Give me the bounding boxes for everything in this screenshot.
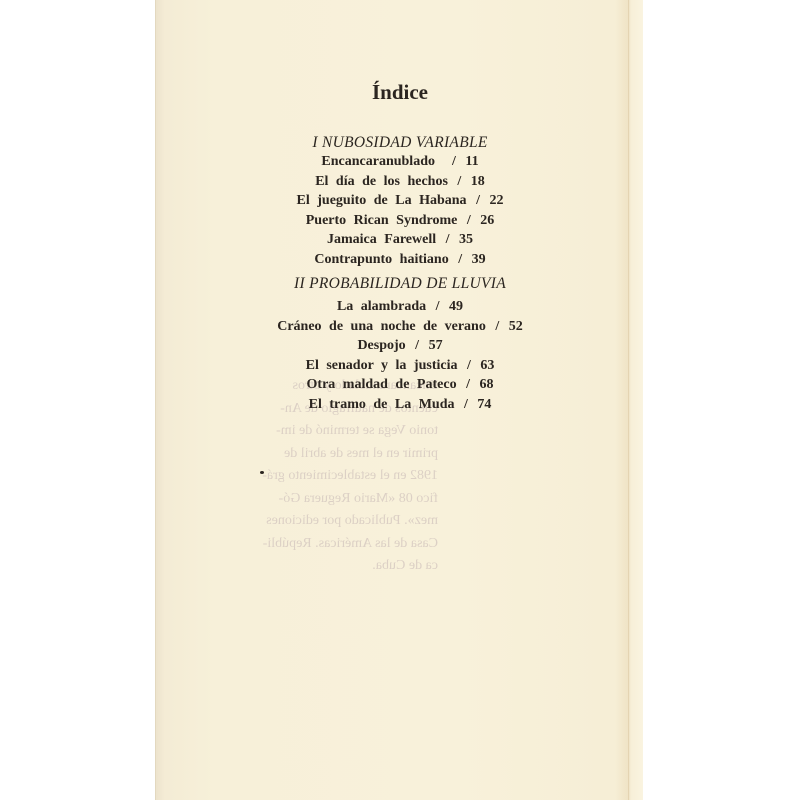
toc-entry: Encancaranublado / 11: [0, 152, 800, 172]
entry-title: Contrapunto haitiano: [314, 252, 448, 267]
section-1-entries: Encancaranublado / 11 El día de los hech…: [0, 152, 800, 269]
entry-title: El día de los hechos: [315, 174, 448, 189]
entry-title: Otra maldad de Pateco: [307, 377, 457, 392]
colophon-line: mez». Publicado por ediciones: [238, 510, 438, 533]
toc-entry: El tramo de La Muda / 74: [0, 395, 800, 415]
entry-separator: /: [474, 193, 482, 208]
entry-separator: /: [462, 397, 470, 412]
entry-title: Cráneo de una noche de verano: [277, 319, 486, 334]
toc-entry: Otra maldad de Pateco / 68: [0, 375, 800, 395]
entry-page: 35: [459, 232, 473, 247]
section-heading-2: II PROBABILIDAD DE LLUVIA: [0, 275, 800, 293]
entry-separator: /: [413, 338, 421, 353]
toc-entry: La alambrada / 49: [0, 297, 800, 317]
entry-separator: /: [493, 319, 501, 334]
entry-title: El senador y la justicia: [306, 358, 458, 373]
entry-separator: /: [465, 358, 473, 373]
entry-page: 18: [471, 174, 485, 189]
colophon-line: 1982 en el establecimiento grá-: [238, 465, 438, 488]
page-title: Índice: [0, 80, 800, 105]
entry-page: 49: [449, 299, 463, 314]
entry-page: 39: [472, 252, 486, 267]
colophon-line: tonio Vega se terminó de im-: [238, 420, 438, 443]
toc-entry: El día de los hechos / 18: [0, 172, 800, 192]
toc-entry: Despojo / 57: [0, 336, 800, 356]
entry-page: 52: [509, 319, 523, 334]
entry-page: 22: [489, 193, 503, 208]
toc-entry: Puerto Rican Syndrome / 26: [0, 211, 800, 231]
section-2-entries: La alambrada / 49 Cráneo de una noche de…: [0, 297, 800, 414]
entry-page: 74: [477, 397, 491, 412]
entry-title: El tramo de La Muda: [309, 397, 455, 412]
colophon-line: primir en el mes de abril de: [238, 443, 438, 466]
entry-page: 63: [480, 358, 494, 373]
entry-title: Encancaranublado: [321, 154, 435, 169]
colophon-line: ca de Cuba.: [238, 555, 438, 578]
entry-page: 11: [465, 154, 478, 169]
entry-title: Jamaica Farewell: [327, 232, 436, 247]
entry-title: Despojo: [357, 338, 405, 353]
entry-title: Puerto Rican Syndrome: [306, 213, 458, 228]
entry-page: 68: [479, 377, 493, 392]
entry-page: 57: [429, 338, 443, 353]
colophon-line: fico 08 «Mario Reguera Gó-: [238, 488, 438, 511]
section-heading-1: I NUBOSIDAD VARIABLE: [0, 134, 800, 152]
ink-speck: [260, 471, 264, 474]
entry-separator: /: [464, 377, 472, 392]
toc-entry: El jueguito de La Habana / 22: [0, 191, 800, 211]
entry-separator: /: [456, 252, 464, 267]
colophon-line: Casa de las Américas. Repúbli-: [238, 533, 438, 556]
entry-title: La alambrada: [337, 299, 426, 314]
toc-entry: Jamaica Farewell / 35: [0, 230, 800, 250]
entry-separator: /: [444, 232, 452, 247]
entry-title: El jueguito de La Habana: [297, 193, 467, 208]
toc-entry: Cráneo de una noche de verano / 52: [0, 317, 800, 337]
entry-separator: /: [465, 213, 473, 228]
entry-page: 26: [480, 213, 494, 228]
toc-entry: El senador y la justicia / 63: [0, 356, 800, 376]
entry-separator: /: [434, 299, 442, 314]
entry-separator: /: [455, 174, 463, 189]
entry-separator: /: [450, 154, 458, 169]
toc-entry: Contrapunto haitiano / 39: [0, 250, 800, 270]
